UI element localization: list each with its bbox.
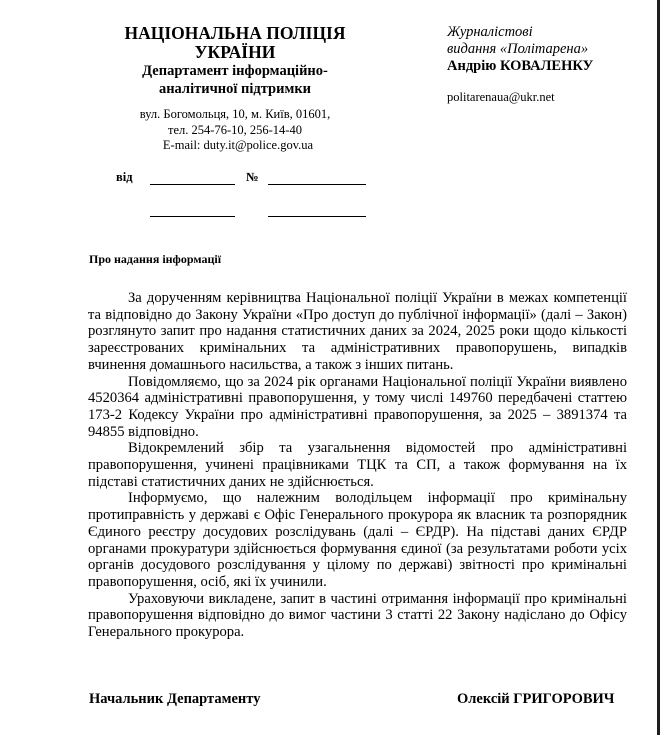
recipient-line2: видання «Політарена»	[447, 41, 593, 58]
incoming-date-field-line	[150, 216, 235, 217]
sender-phone: тел. 254-76-10, 256-14-40	[100, 123, 370, 139]
org-name-line2: УКРАЇНИ	[100, 43, 370, 62]
org-name-line1: НАЦІОНАЛЬНА ПОЛІЦІЯ	[100, 24, 370, 43]
recipient-block: Журналістові видання «Політарена» Андрію…	[447, 24, 593, 106]
sender-address: вул. Богомольця, 10, м. Київ, 01601,	[100, 107, 370, 123]
sender-letterhead: НАЦІОНАЛЬНА ПОЛІЦІЯ УКРАЇНИ Департамент …	[100, 24, 370, 154]
body-paragraph: Інформуємо, що належним володільцем інфо…	[88, 490, 627, 590]
body-paragraph: За дорученням керівництва Національної п…	[88, 290, 627, 374]
date-field-line	[150, 184, 235, 185]
body-paragraph: Відокремлений збір та узагальнення відом…	[88, 440, 627, 490]
recipient-email: politarenaua@ukr.net	[447, 89, 593, 106]
signatory-position: Начальник Департаменту	[89, 691, 260, 708]
recipient-line1: Журналістові	[447, 24, 593, 41]
sender-contacts: вул. Богомольця, 10, м. Київ, 01601, тел…	[100, 107, 370, 154]
date-label: від	[116, 170, 133, 185]
department-name-line2: аналітичної підтримки	[100, 81, 370, 98]
recipient-name: Андрію КОВАЛЕНКУ	[447, 58, 593, 75]
department-name-line1: Департамент інформаційно-	[100, 63, 370, 80]
number-field-line	[268, 184, 366, 185]
sender-email: E-mail: duty.it@police.gov.ua	[100, 138, 370, 154]
letter-body: За дорученням керівництва Національної п…	[88, 290, 627, 641]
letter-subject: Про надання інформації	[89, 252, 221, 267]
number-label: №	[246, 170, 259, 185]
signatory-name: Олексій ГРИГОРОВИЧ	[457, 691, 614, 708]
body-paragraph: Повідомляємо, що за 2024 рік органами На…	[88, 374, 627, 441]
incoming-number-field-line	[268, 216, 366, 217]
body-paragraph: Ураховуючи викладене, запит в частині от…	[88, 591, 627, 641]
